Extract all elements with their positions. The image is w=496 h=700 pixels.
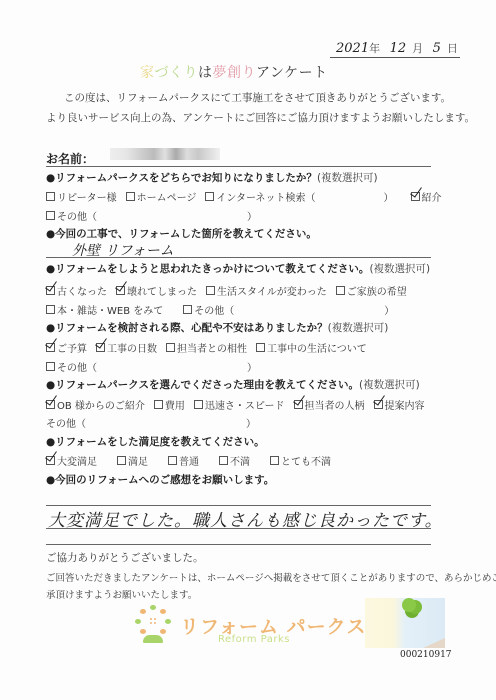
date-year: 2021 bbox=[336, 41, 369, 56]
q4-text: ●リフォームを検討される際、心配や不安はありましたか？ bbox=[46, 322, 328, 334]
checkbox[interactable] bbox=[117, 456, 126, 465]
option-internet-search[interactable]: インターネット検索（） bbox=[205, 189, 393, 204]
checkbox-checked[interactable] bbox=[116, 286, 125, 295]
paren-close: ） bbox=[384, 189, 394, 204]
option-living-during[interactable]: 工事中の生活について bbox=[256, 340, 367, 355]
intro-line: より良いサービス向上の為、アンケートにご回答にご協力頂けますようお願いしたします… bbox=[46, 110, 475, 125]
ferris-wheel-logo-icon bbox=[134, 605, 174, 645]
date-field: 2021年 12月 5日 bbox=[330, 40, 460, 58]
q1-other: その他（） bbox=[46, 208, 266, 223]
q1-note: (複数選択可) bbox=[317, 172, 378, 184]
q6-options: 大変満足 満足 普通 不満 とても不満 bbox=[46, 453, 340, 468]
option-family-wish[interactable]: ご家族の希望 bbox=[336, 283, 407, 298]
paren-close: ） bbox=[247, 208, 257, 223]
option-label: 普通 bbox=[179, 453, 199, 468]
option-label: 本・雑誌・WEB をみて bbox=[57, 302, 163, 317]
option-label: その他（ bbox=[194, 302, 234, 317]
option-very-satisfied[interactable]: 大変満足 bbox=[46, 453, 97, 468]
option-label: 担当者との相性 bbox=[177, 340, 247, 355]
checkbox[interactable] bbox=[46, 305, 55, 314]
option-average[interactable]: 普通 bbox=[168, 453, 199, 468]
checkbox[interactable] bbox=[336, 286, 345, 295]
checkbox[interactable] bbox=[183, 305, 192, 314]
clover-icon bbox=[402, 598, 416, 612]
serial-number: 000210917 bbox=[400, 650, 452, 660]
name-field[interactable]: お名前： bbox=[46, 148, 431, 167]
q2-question: ●今回の工事で、リフォームした箇所を教えてください。 bbox=[46, 226, 317, 241]
q6-question: ●リフォームをした満足度を教えてください。 bbox=[46, 434, 265, 449]
q3-question: ●リフォームをしようと思われたきっかけについて教えてください。(複数選択可) bbox=[46, 261, 430, 276]
checkbox[interactable] bbox=[270, 456, 279, 465]
option-other[interactable]: その他（） bbox=[46, 359, 257, 374]
option-label: 紹介 bbox=[422, 189, 442, 204]
logo-subtext: Reform Parks bbox=[218, 634, 290, 645]
q4-options: ご予算 工事の日数 担当者との相性 工事中の生活について bbox=[46, 340, 376, 355]
checkbox[interactable] bbox=[46, 211, 55, 220]
option-label: その他（ bbox=[57, 359, 97, 374]
checkbox[interactable] bbox=[205, 192, 214, 201]
option-other[interactable]: その他（） bbox=[183, 302, 394, 317]
option-label: リピーター様 bbox=[57, 189, 117, 204]
checkbox-checked[interactable] bbox=[411, 192, 420, 201]
option-label: OB 様からのご紹介 bbox=[57, 397, 145, 412]
option-proposal[interactable]: 提案内容 bbox=[374, 397, 425, 412]
thanks-text: ご協力ありがとうございました。 bbox=[46, 550, 204, 565]
checkbox[interactable] bbox=[206, 286, 215, 295]
option-compatibility[interactable]: 担当者との相性 bbox=[166, 340, 247, 355]
checkbox[interactable] bbox=[46, 362, 55, 371]
option-speed[interactable]: 迅速さ・スピード bbox=[194, 397, 285, 412]
option-label: 迅速さ・スピード bbox=[205, 397, 285, 412]
checkbox[interactable] bbox=[168, 456, 177, 465]
option-ob-referral[interactable]: OB 様からのご紹介 bbox=[46, 397, 145, 412]
option-lifestyle[interactable]: 生活スタイルが変わった bbox=[206, 283, 327, 298]
answer-line bbox=[46, 528, 431, 529]
q4-note: (複数選択可) bbox=[328, 322, 389, 334]
option-repeater[interactable]: リピーター様 bbox=[46, 189, 117, 204]
checkbox[interactable] bbox=[46, 192, 55, 201]
option-referral[interactable]: 紹介 bbox=[411, 189, 442, 204]
option-media[interactable]: 本・雑誌・WEB をみて bbox=[46, 302, 163, 317]
checkbox[interactable] bbox=[256, 343, 265, 352]
title-part: 夢創り bbox=[213, 65, 257, 81]
q4-question: ●リフォームを検討される際、心配や不安はありましたか？(複数選択可) bbox=[46, 320, 388, 335]
option-label: 生活スタイルが変わった bbox=[217, 283, 327, 298]
option-label: 満足 bbox=[128, 453, 148, 468]
q1-text: ●リフォームパークスをどちらでお知りになりましたか？ bbox=[46, 172, 317, 184]
name-label: お名前： bbox=[46, 152, 94, 166]
q7-question: ●今回のリフォームへのご感想をお願いします。 bbox=[46, 472, 274, 487]
option-satisfied[interactable]: 満足 bbox=[117, 453, 148, 468]
redacted-name bbox=[110, 148, 220, 160]
option-label: 壊れてしまった bbox=[127, 283, 197, 298]
option-label: ご予算 bbox=[57, 340, 87, 355]
checkbox-checked[interactable] bbox=[46, 286, 55, 295]
paren-close: ） bbox=[246, 415, 256, 430]
option-label: インターネット検索（ bbox=[216, 189, 315, 204]
answer-line bbox=[46, 544, 431, 545]
option-homepage[interactable]: ホームページ bbox=[126, 189, 197, 204]
q3-text: ●リフォームをしようと思われたきっかけについて教えてください。 bbox=[46, 263, 369, 275]
title-part: アンケート bbox=[256, 65, 328, 81]
month-label: 月 bbox=[412, 42, 423, 55]
checkbox[interactable] bbox=[194, 400, 203, 409]
checkbox-checked[interactable] bbox=[46, 343, 55, 352]
day-label: 日 bbox=[447, 42, 458, 55]
option-label: 工事の日数 bbox=[107, 340, 157, 355]
title-part: は bbox=[198, 65, 213, 81]
checkbox-checked[interactable] bbox=[294, 400, 303, 409]
option-label: その他（ bbox=[46, 415, 86, 430]
checkbox[interactable] bbox=[219, 456, 228, 465]
option-label: ホームページ bbox=[137, 189, 197, 204]
option-label: 工事中の生活について bbox=[267, 340, 367, 355]
notice-line: 承頂けますようお願いいたします。 bbox=[46, 587, 197, 601]
option-label: とても不満 bbox=[281, 453, 331, 468]
option-label: その他（ bbox=[57, 208, 97, 223]
page-title: 家づくりは夢創りアンケート bbox=[140, 62, 328, 82]
option-old[interactable]: 古くなった bbox=[46, 283, 107, 298]
q4-other: その他（） bbox=[46, 359, 266, 374]
q3-options-row1: 古くなった 壊れてしまった 生活スタイルが変わった ご家族の希望 bbox=[46, 283, 416, 298]
survey-form: 2021年 12月 5日 家づくりは夢創りアンケート この度は、リフォームパーク… bbox=[0, 0, 496, 700]
intro-line: この度は、リフォームパークスにて工事施工をさせて頂きありがとうございます。 bbox=[64, 90, 451, 105]
checkbox[interactable] bbox=[154, 400, 163, 409]
q3-note: (複数選択可) bbox=[369, 263, 430, 275]
q5-note: (複数選択可) bbox=[359, 379, 420, 391]
paren-close: ） bbox=[247, 359, 257, 374]
checkbox[interactable] bbox=[166, 343, 175, 352]
option-budget[interactable]: ご予算 bbox=[46, 340, 87, 355]
title-part: 家 bbox=[140, 65, 155, 81]
option-staff-personality[interactable]: 担当者の人柄 bbox=[294, 397, 365, 412]
option-other[interactable]: その他（） bbox=[46, 208, 257, 223]
q5-options: OB 様からのご紹介 費用 迅速さ・スピード 担当者の人柄 提案内容 bbox=[46, 397, 434, 412]
date-month: 12 bbox=[390, 41, 407, 56]
q5-question: ●リフォームパークスを選んでくださった理由を教えてください。(複数選択可) bbox=[46, 377, 420, 392]
q5-text: ●リフォームパークスを選んでくださった理由を教えてください。 bbox=[46, 379, 359, 391]
option-label: 担当者の人柄 bbox=[305, 397, 365, 412]
option-broken[interactable]: 壊れてしまった bbox=[116, 283, 197, 298]
q1-question: ●リフォームパークスをどちらでお知りになりましたか？(複数選択可) bbox=[46, 170, 378, 185]
option-cost[interactable]: 費用 bbox=[154, 397, 185, 412]
checkbox-checked[interactable] bbox=[96, 343, 105, 352]
q1-options: リピーター様 ホームページ インターネット検索（） 紹介 bbox=[46, 189, 446, 204]
year-label: 年 bbox=[369, 42, 380, 55]
checkbox-checked[interactable] bbox=[46, 400, 55, 409]
checkbox-checked[interactable] bbox=[46, 456, 55, 465]
option-label: ご家族の希望 bbox=[347, 283, 407, 298]
option-label: 提案内容 bbox=[385, 397, 425, 412]
option-duration[interactable]: 工事の日数 bbox=[96, 340, 157, 355]
house-sticker-image bbox=[365, 598, 445, 648]
date-day: 5 bbox=[433, 41, 441, 56]
option-very-dissatisfied[interactable]: とても不満 bbox=[270, 453, 331, 468]
paren-close: ） bbox=[384, 302, 394, 317]
option-label: 古くなった bbox=[57, 283, 107, 298]
q3-options-row2: 本・雑誌・WEB をみて その他（） bbox=[46, 302, 403, 317]
option-label: 費用 bbox=[165, 397, 185, 412]
title-part: づくり bbox=[155, 65, 199, 81]
option-label: 大変満足 bbox=[57, 453, 97, 468]
option-dissatisfied[interactable]: 不満 bbox=[219, 453, 250, 468]
checkbox-checked[interactable] bbox=[374, 400, 383, 409]
option-label: 不満 bbox=[230, 453, 250, 468]
answer-line bbox=[46, 257, 431, 258]
notice-line: ご回答いただきましたアンケートは、ホームページへ掲載をさせて頂くことがありますの… bbox=[46, 570, 496, 584]
q5-other: その他（） bbox=[46, 415, 256, 430]
checkbox[interactable] bbox=[126, 192, 135, 201]
